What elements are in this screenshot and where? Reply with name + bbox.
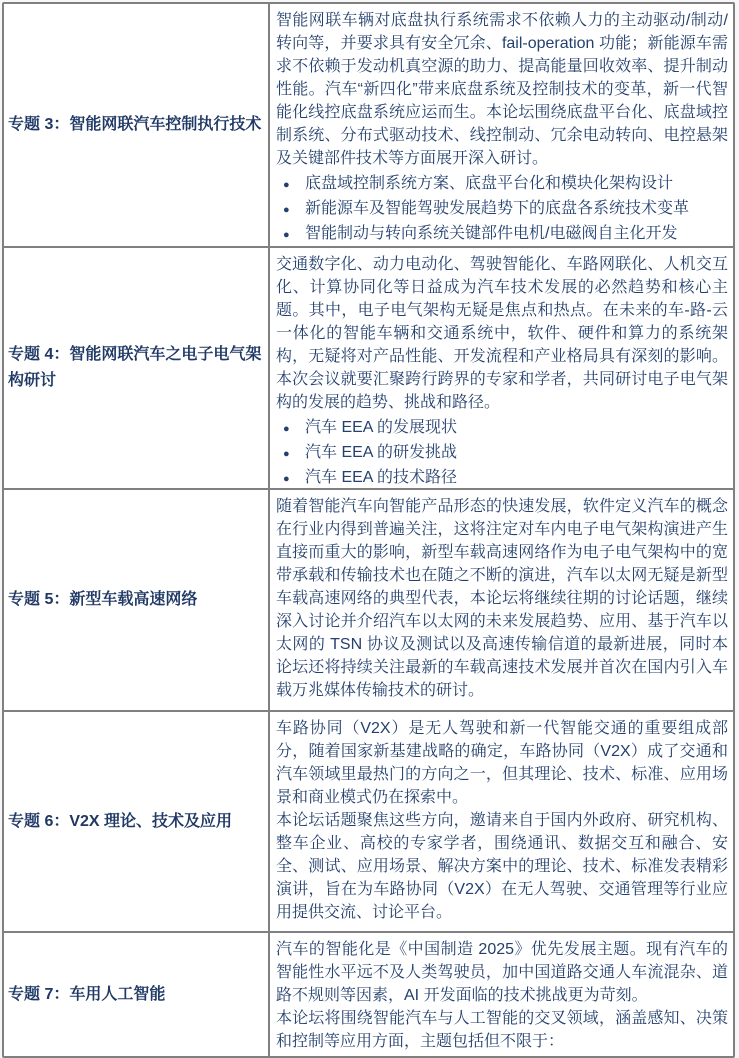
- bullet-text: 汽车 EEA 的研发挑战: [305, 441, 457, 465]
- bullet-icon: ●: [276, 417, 305, 441]
- topic-row-3: 专题 3：智能网联汽车控制执行技术 智能网联车辆对底盘执行系统需求不依赖人力的主…: [4, 4, 733, 248]
- bullet-icon: ●: [276, 442, 305, 466]
- bullet-list: ●汽车 EEA 的发展现状 ●汽车 EEA 的研发挑战 ●汽车 EEA 的技术路…: [276, 416, 728, 488]
- topic-title: 专题 4：智能网联汽车之电子电气架构研讨: [8, 342, 262, 394]
- topic-row-4: 专题 4：智能网联汽车之电子电气架构研讨 交通数字化、动力电动化、驾驶智能化、车…: [4, 248, 733, 490]
- description-paragraph: 车路协同（V2X）是无人驾驶和新一代智能交通的重要组成部分，随着国家新基建战略的…: [276, 717, 728, 809]
- topics-table: 专题 3：智能网联汽车控制执行技术 智能网联车辆对底盘执行系统需求不依赖人力的主…: [2, 2, 735, 1054]
- topic-title-cell: 专题 7：车用人工智能: [4, 933, 270, 1054]
- topic-title-cell: 专题 4：智能网联汽车之电子电气架构研讨: [4, 248, 270, 488]
- bullet-icon: ●: [276, 198, 305, 222]
- bullet-icon: ●: [276, 467, 305, 488]
- bullet-item: ●智能制动与转向系统关键部件电机/电磁阀自主化开发: [276, 222, 728, 246]
- bullet-item: ●新能源车及智能驾驶发展趋势下的底盘各系统技术变革: [276, 197, 728, 222]
- topic-title-cell: 专题 3：智能网联汽车控制执行技术: [4, 4, 270, 246]
- bullet-text: 智能制动与转向系统关键部件电机/电磁阀自主化开发: [305, 222, 677, 246]
- description-paragraph: 本论坛将围绕智能汽车与人工智能的交叉领域，涵盖感知、决策和控制等应用方面，主题包…: [276, 1007, 728, 1053]
- topic-description-cell: 随着智能汽车向智能产品形态的快速发展，软件定义汽车的概念在行业内得到普遍关注，这…: [270, 490, 733, 710]
- description-paragraph: 交通数字化、动力电动化、驾驶智能化、车路网联化、人机交互化、计算协同化等日益成为…: [276, 253, 728, 414]
- topic-description-cell: 汽车的智能化是《中国制造 2025》优先发展主题。现有汽车的智能性水平远不及人类…: [270, 933, 733, 1054]
- bullet-text: 汽车 EEA 的发展现状: [305, 416, 457, 440]
- topic-row-5: 专题 5：新型车载高速网络 随着智能汽车向智能产品形态的快速发展，软件定义汽车的…: [4, 490, 733, 712]
- description-paragraph: 本论坛话题聚焦这些方向，邀请来自于国内外政府、研究机构、整车企业、高校的专家学者…: [276, 809, 728, 924]
- bullet-item: ●汽车 EEA 的发展现状: [276, 416, 728, 441]
- bullet-item: ●汽车 EEA 的研发挑战: [276, 441, 728, 466]
- topic-title: 专题 5：新型车载高速网络: [8, 587, 197, 613]
- topic-title: 专题 3：智能网联汽车控制执行技术: [8, 112, 261, 138]
- bullet-text: 汽车 EEA 的技术路径: [305, 466, 457, 488]
- topic-description-cell: 车路协同（V2X）是无人驾驶和新一代智能交通的重要组成部分，随着国家新基建战略的…: [270, 712, 733, 931]
- bullet-list: ●底盘域控制系统方案、底盘平台化和模块化架构设计 ●新能源车及智能驾驶发展趋势下…: [276, 172, 728, 246]
- bullet-icon: ●: [276, 173, 305, 197]
- bullet-text: 新能源车及智能驾驶发展趋势下的底盘各系统技术变革: [305, 197, 689, 221]
- topic-title-cell: 专题 5：新型车载高速网络: [4, 490, 270, 710]
- topic-description-cell: 智能网联车辆对底盘执行系统需求不依赖人力的主动驱动/制动/转向等，并要求具有安全…: [270, 4, 733, 246]
- topic-row-6: 专题 6：V2X 理论、技术及应用 车路协同（V2X）是无人驾驶和新一代智能交通…: [4, 712, 733, 933]
- topic-title: 专题 7：车用人工智能: [8, 982, 165, 1008]
- topic-title-cell: 专题 6：V2X 理论、技术及应用: [4, 712, 270, 931]
- bullet-item: ●汽车 EEA 的技术路径: [276, 466, 728, 488]
- description-paragraph: 智能网联车辆对底盘执行系统需求不依赖人力的主动驱动/制动/转向等，并要求具有安全…: [276, 9, 728, 170]
- topic-row-7: 专题 7：车用人工智能 汽车的智能化是《中国制造 2025》优先发展主题。现有汽…: [4, 933, 733, 1054]
- bullet-text: 底盘域控制系统方案、底盘平台化和模块化架构设计: [305, 172, 673, 196]
- bullet-item: ●底盘域控制系统方案、底盘平台化和模块化架构设计: [276, 172, 728, 197]
- topic-description-cell: 交通数字化、动力电动化、驾驶智能化、车路网联化、人机交互化、计算协同化等日益成为…: [270, 248, 733, 488]
- topic-title: 专题 6：V2X 理论、技术及应用: [8, 809, 232, 835]
- bullet-icon: ●: [276, 223, 305, 246]
- description-paragraph: 汽车的智能化是《中国制造 2025》优先发展主题。现有汽车的智能性水平远不及人类…: [276, 938, 728, 1007]
- description-paragraph: 随着智能汽车向智能产品形态的快速发展，软件定义汽车的概念在行业内得到普遍关注，这…: [276, 495, 728, 702]
